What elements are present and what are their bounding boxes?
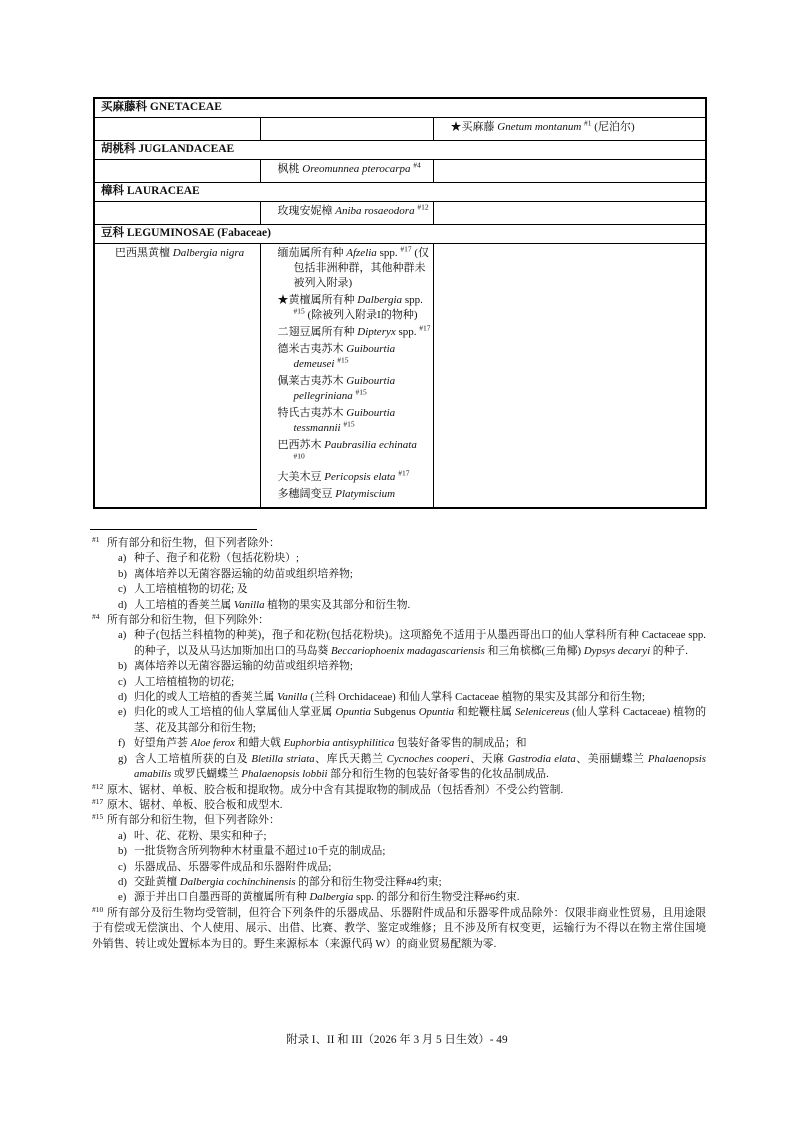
appendix3-cell: ★买麻藤 Gnetum montanum #1 (尼泊尔) (433, 118, 706, 141)
footnote-item: a)叶、花、花粉、果实和种子; (92, 829, 706, 844)
footnotes-section: #1所有部分和衍生物，但下列者除外： a)种子、孢子和花粉（包括花粉块）; b)… (88, 536, 706, 952)
document-page: 买麻藤科 GNETACEAE ★买麻藤 Gnetum montanum #1 (… (0, 0, 794, 1123)
footnote-item-label: d) (118, 598, 134, 613)
footnote-text: 原木、锯材、单板、胶合板和成型木. (107, 799, 282, 811)
footnote-item-label: d) (118, 875, 134, 890)
footnote-item: c)乐器成品、乐器零件成品和乐器附件成品; (92, 860, 706, 875)
appendix1-cell (94, 118, 260, 141)
species-row: ★买麻藤 Gnetum montanum #1 (尼泊尔) (94, 118, 706, 141)
species-entry: 多穗阔变豆 Platymiscium (261, 487, 431, 502)
footnote-item: d)交趾黄檀 Dalbergia cochinchinensis 的部分和衍生物… (92, 875, 706, 890)
family-header: 樟科 LAURACEAE (94, 183, 706, 202)
family-header: 豆科 LEGUMINOSAE (Fabaceae) (94, 225, 706, 244)
species-row: 枫桃 Oreomunnea pterocarpa #4 (94, 160, 706, 183)
appendix3-cell (433, 202, 706, 225)
footnote-item-text: 乐器成品、乐器零件成品和乐器附件成品; (134, 861, 331, 873)
footnote-item-label: f) (118, 736, 134, 751)
footnote-text: 原木、锯材、单板、胶合板和提取物。成分中含有其提取物的制成品（包括香剂）不受公约… (107, 784, 563, 796)
appendix1-cell (94, 160, 260, 183)
footnote-item-text: 人工培植的香荚兰属 Vanilla 植物的果实及其部分和衍生物. (134, 599, 410, 611)
appendix2-cell: 枫桃 Oreomunnea pterocarpa #4 (260, 160, 433, 183)
species-entry: 德米古夷苏木 Guibourtia demeusei #15 (261, 342, 431, 372)
family-header-row: 樟科 LAURACEAE (94, 183, 706, 202)
footnote-item: a)种子(包括兰科植物的种荚)，孢子和花粉(包括花粉块)。这项豁免不适用于从墨西… (92, 628, 706, 659)
family-header: 买麻藤科 GNETACEAE (94, 98, 706, 118)
footnote-item-label: c) (118, 582, 134, 597)
footnote-item-text: 交趾黄檀 Dalbergia cochinchinensis 的部分和衍生物受注… (134, 876, 442, 888)
family-header: 胡桃科 JUGLANDACEAE (94, 141, 706, 160)
footnote-item-text: 离体培养以无菌容器运输的幼苗或组织培养物; (134, 568, 353, 580)
footnote-item-text: 归化的或人工培植的香荚兰属 Vanilla (兰科 Orchidaceae) 和… (134, 691, 645, 703)
footnote-item-text: 归化的或人工培植的仙人掌属仙人掌亚属 Opuntia Subgenus Opun… (134, 706, 706, 733)
family-header-row: 胡桃科 JUGLANDACEAE (94, 141, 706, 160)
appendix1-cell (94, 202, 260, 225)
footnote-item: c)人工培植植物的切花; 及 (92, 582, 706, 597)
species-entry: 巴西苏木 Paubrasilia echinata #10 (261, 438, 431, 468)
species-entry: 二翅豆属所有种 Dipteryx spp. #17 (261, 325, 431, 340)
appendix3-cell (433, 244, 706, 509)
footnote-item: e)归化的或人工培植的仙人掌属仙人掌亚属 Opuntia Subgenus Op… (92, 705, 706, 736)
footnote-item-text: 含人工培植所获的白及 Bletilla striata、库氏天鹅兰 Cycnoc… (134, 753, 706, 780)
species-entry: 枫桃 Oreomunnea pterocarpa #4 (261, 162, 431, 177)
species-row: 巴西黑黄檀 Dalbergia nigra 缅茄属所有种 Afzelia spp… (94, 244, 706, 509)
footnote-item-label: a) (118, 628, 134, 643)
footnote-item-text: 离体培养以无菌容器运输的幼苗或组织培养物; (134, 660, 353, 672)
footnote: #15所有部分和衍生物，但下列者除外： a)叶、花、花粉、果实和种子; b)一批… (88, 813, 706, 905)
footnote-item: e)源于并出口自墨西哥的黄檀属所有种 Dalbergia spp. 的部分和衍生… (92, 890, 706, 905)
species-table: 买麻藤科 GNETACEAE ★买麻藤 Gnetum montanum #1 (… (93, 97, 707, 509)
species-entry: 特氏古夷苏木 Guibourtia tessmannii #15 (261, 406, 431, 436)
footnote-item: g)含人工培植所获的白及 Bletilla striata、库氏天鹅兰 Cycn… (92, 752, 706, 783)
footnote-item-text: 人工培植植物的切花; (134, 676, 234, 688)
footnote-item-label: e) (118, 705, 134, 720)
family-header-row: 豆科 LEGUMINOSAE (Fabaceae) (94, 225, 706, 244)
appendix2-cell (260, 118, 433, 141)
species-entry: 缅茄属所有种 Afzelia spp. #17 (仅包括非洲种群，其他种群未被列… (261, 246, 431, 291)
footnote: #12原木、锯材、单板、胶合板和提取物。成分中含有其提取物的制成品（包括香剂）不… (88, 783, 706, 798)
footnote-item: d)归化的或人工培植的香荚兰属 Vanilla (兰科 Orchidaceae)… (92, 690, 706, 705)
footnote-item: b)离体培养以无菌容器运输的幼苗或组织培养物; (92, 659, 706, 674)
footnote-item-label: c) (118, 675, 134, 690)
footnote-item-text: 人工培植植物的切花; 及 (134, 583, 248, 595)
footnote-item: b)离体培养以无菌容器运输的幼苗或组织培养物; (92, 567, 706, 582)
appendix1-cell: 巴西黑黄檀 Dalbergia nigra (94, 244, 260, 509)
footnote-item-label: b) (118, 659, 134, 674)
footnote-item-label: g) (118, 752, 134, 767)
footnote-item-label: b) (118, 567, 134, 582)
footnote-item-label: a) (118, 551, 134, 566)
footnote: #17原木、锯材、单板、胶合板和成型木. (88, 798, 706, 813)
footnote-item-text: 叶、花、花粉、果实和种子; (134, 830, 267, 842)
appendix2-cell: 缅茄属所有种 Afzelia spp. #17 (仅包括非洲种群，其他种群未被列… (260, 244, 433, 509)
appendix3-cell (433, 160, 706, 183)
footnote-item-label: b) (118, 844, 134, 859)
species-entry: 玫瑰安妮樟 Aniba rosaeodora #12 (261, 204, 431, 219)
page-footer: 附录 I、II 和 III（2026 年 3 月 5 日生效）- 49 (0, 1031, 794, 1047)
footnote-text: 所有部分及衍生物均受管制，但符合下列条件的乐器成品、乐器附件成品和乐器零件成品除… (92, 907, 706, 950)
footnote-separator (90, 529, 257, 530)
family-header-row: 买麻藤科 GNETACEAE (94, 98, 706, 118)
footnote-item-text: 好望角芦荟 Aloe ferox 和蜡大戟 Euphorbia antisyph… (134, 737, 527, 749)
footnote-text: 所有部分和衍生物，但下列者除外： (107, 814, 280, 826)
footnote-item: a)种子、孢子和花粉（包括花粉块）; (92, 551, 706, 566)
appendix2-cell: 玫瑰安妮樟 Aniba rosaeodora #12 (260, 202, 433, 225)
species-entry: 大美木豆 Pericopsis elata #17 (261, 470, 431, 485)
species-row: 玫瑰安妮樟 Aniba rosaeodora #12 (94, 202, 706, 225)
species-entry: ★黄檀属所有种 Dalbergia spp. #15 (除被列入附录I的物种) (261, 293, 431, 323)
page-content: 买麻藤科 GNETACEAE ★买麻藤 Gnetum montanum #1 (… (93, 97, 706, 952)
footnote-text: 所有部分和衍生物，但下列者除外： (107, 537, 280, 549)
footnote-item: c)人工培植植物的切花; (92, 675, 706, 690)
footnote-item: b)一批货物含所列物种木材重量不超过10千克的制成品; (92, 844, 706, 859)
footnote-item-text: 种子、孢子和花粉（包括花粉块）; (134, 552, 299, 564)
footnote-item-label: a) (118, 829, 134, 844)
footnote: #4所有部分和衍生物，但下列除外： a)种子(包括兰科植物的种荚)，孢子和花粉(… (88, 613, 706, 782)
footnote-item-label: e) (118, 890, 134, 905)
footnote-item-text: 一批货物含所列物种木材重量不超过10千克的制成品; (134, 845, 385, 857)
species-entry: 巴西黑黄檀 Dalbergia nigra (95, 246, 258, 261)
footnote-item: f)好望角芦荟 Aloe ferox 和蜡大戟 Euphorbia antisy… (92, 736, 706, 751)
footnote-item-text: 种子(包括兰科植物的种荚)，孢子和花粉(包括花粉块)。这项豁免不适用于从墨西哥出… (134, 629, 706, 656)
footnote-item: d)人工培植的香荚兰属 Vanilla 植物的果实及其部分和衍生物. (92, 598, 706, 613)
species-entry: ★买麻藤 Gnetum montanum #1 (尼泊尔) (434, 120, 704, 135)
footnote: #10所有部分及衍生物均受管制，但符合下列条件的乐器成品、乐器附件成品和乐器零件… (88, 906, 706, 952)
footnote-item-text: 源于并出口自墨西哥的黄檀属所有种 Dalbergia spp. 的部分和衍生物受… (134, 891, 520, 903)
species-entry: 佩莱古夷苏木 Guibourtia pellegriniana #15 (261, 374, 431, 404)
footnote-item-label: d) (118, 690, 134, 705)
footnote-text: 所有部分和衍生物，但下列除外： (107, 614, 269, 626)
footnote: #1所有部分和衍生物，但下列者除外： a)种子、孢子和花粉（包括花粉块）; b)… (88, 536, 706, 613)
footnote-item-label: c) (118, 860, 134, 875)
